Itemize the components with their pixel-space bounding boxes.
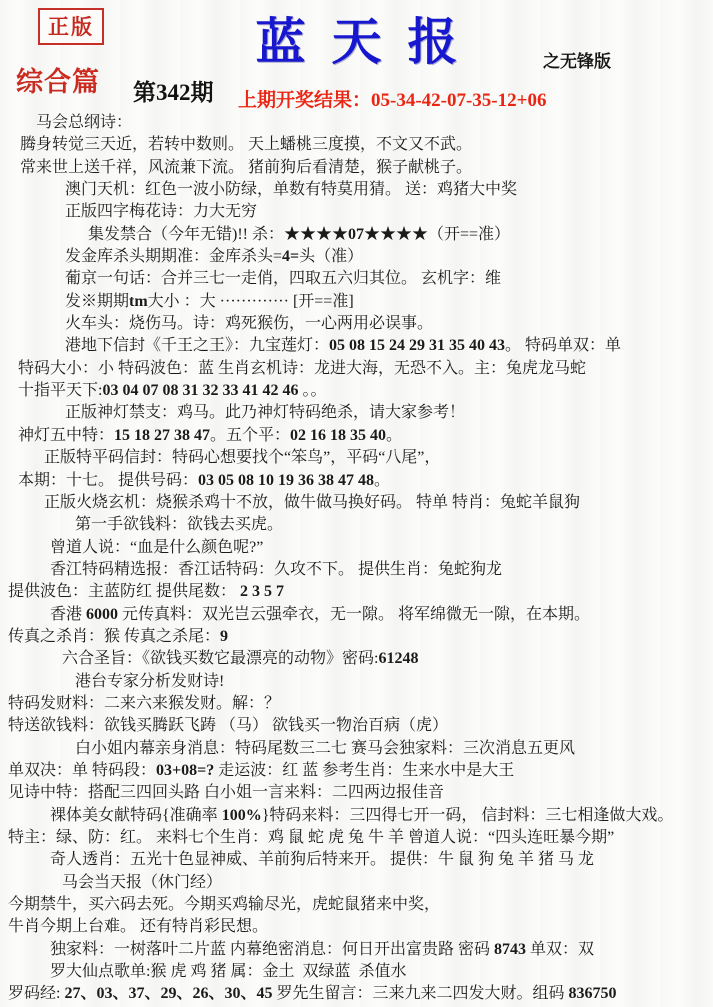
text-line: 马会总纲诗： — [0, 112, 713, 134]
text-line: 港地下信封《千王之王》：九宝莲灯：05 08 15 24 29 31 35 40… — [0, 335, 713, 357]
text-line: 见诗中特：搭配三四回头路 白小姐一言来料：二四两边报佳音 — [0, 782, 713, 804]
edition-label: 之无锋版 — [543, 47, 611, 72]
text-line: 集发禁合（今年无错)!! 杀：★★★★07★★★★（开==准） — [0, 224, 713, 246]
text-line: 特码大小：小 特码波色：蓝 生肖玄机诗：龙进大海，无恐不入。主：兔虎龙马蛇 — [0, 358, 713, 380]
text-line: 曾道人说：“血是什么颜色呢?” — [0, 537, 713, 559]
last-draw-result: 上期开奖结果：05-34-42-07-35-12+06 — [238, 85, 546, 112]
text-line: 正版四字梅花诗：力大无穷 — [0, 201, 713, 223]
text-line: 神灯五中特：15 18 27 38 47。五个平：02 16 18 35 40。 — [0, 425, 713, 447]
text-line: 正版神灯禁支：鸡马。此乃神灯特码绝杀，请大家参考！ — [0, 402, 713, 424]
text-line: 特送欲钱料：欲钱买腾跃飞踌 （马） 欲钱买一物治百病（虎） — [0, 715, 713, 737]
text-line: 独家料：一树落叶二片蓝 内幕绝密消息：何日开出富贵路 密码 8743 单双：双 — [0, 939, 713, 961]
text-line: 传真之杀肖：猴 传真之杀尾：9 — [0, 626, 713, 648]
text-line: 罗大仙点歌单:猴 虎 鸡 猪 属：金土 双绿蓝 杀值水 — [0, 961, 713, 983]
text-line: 葡京一句话：合并三七一走俏，四取五六归其位。 玄机字：维 — [0, 268, 713, 290]
text-line: 火车头：烧伤马。诗：鸡死猴伤，一心两用必误事。 — [0, 313, 713, 335]
text-line: 香港 6000 元传真料：双光岂云强牵衣，无一隙。 将军绵微无一隙，在本期。 — [0, 604, 713, 626]
issue-number: 第342期 — [133, 74, 214, 107]
text-line: 提供波色：主蓝防红 提供尾数： 2 3 5 7 — [0, 581, 713, 603]
newspaper-page: 正版 蓝天报 之无锋版 综合篇 第342期 上期开奖结果：05-34-42-07… — [0, 0, 713, 1007]
text-line: 罗码经: 27、03、37、29、26、30、45 罗先生留言：三来九来二四发大… — [0, 983, 713, 1005]
body-text: 马会总纲诗： 腾身转觉三天近，若转中数则。 天上蟠桃三度摸，不文又不武。 常来世… — [0, 112, 713, 1006]
text-line: 正版火烧玄机：烧猴杀鸡十不放，做牛做马换好码。 特单 特肖：兔蛇羊鼠狗 — [0, 492, 713, 514]
text-line: 特主：绿、防：红。 来料七个生肖：鸡 鼠 蛇 虎 兔 牛 羊 曾道人说：“四头连… — [0, 827, 713, 849]
text-line: 裸体美女献特码{准确率 100%}特码来料：三四得七开一码， 信封料：三七相逢做… — [0, 805, 713, 827]
text-line: 奇人透肖：五光十色显神威、羊前狗后特来开。 提供：牛 鼠 狗 兔 羊 猪 马 龙 — [0, 849, 713, 871]
text-line: 今期禁牛，买六码去死。今期买鸡输尽光，虎蛇鼠猪来中奖， — [0, 894, 713, 916]
text-line: 六合圣旨：《欲钱买数它最漂亮的动物》密码:61248 — [0, 648, 713, 670]
text-line: 发金库杀头期期准：金库杀头=4=头（准） — [0, 246, 713, 268]
text-line: 本期：十七。 提供号码：03 05 08 10 19 36 38 47 48。 — [0, 470, 713, 492]
text-line: 腾身转觉三天近，若转中数则。 天上蟠桃三度摸，不文又不武。 — [0, 134, 713, 156]
text-line: 马会当天报（休门经） — [0, 872, 713, 894]
text-line: 十指平天下:03 04 07 08 31 32 33 41 42 46 。。 — [0, 380, 713, 402]
text-line: 常来世上送千祥，风流兼下流。 猪前狗后看清楚，猴子献桃子。 — [0, 157, 713, 179]
text-line: 白小姐内幕亲身消息：特码尾数三二七 赛马会独家料：三次消息五更风 — [0, 738, 713, 760]
text-line: 牛肖今期上台难。 还有特肖彩民想。 — [0, 916, 713, 938]
text-line: 特码发财料：二来六来猴发财。解：？ — [0, 693, 713, 715]
text-line: 澳门天机：红色一波小防绿，单数有特莫用猜。 送：鸡猪大中奖 — [0, 179, 713, 201]
text-line: 单双决：单 特码段：03+08=? 走运波：红 蓝 参考生肖：生来水中是大王 — [0, 760, 713, 782]
text-line: 正版特平码信封：特码心想要找个“笨鸟”，平码“八尾”， — [0, 447, 713, 469]
text-line: 发※期期tm大小 ：大 ············· [开==准] — [0, 291, 713, 313]
text-line: 第一手欲钱料：欲钱去买虎。 — [0, 514, 713, 536]
text-line: 港台专家分析发财诗! — [0, 671, 713, 693]
section-label: 综合篇 — [16, 60, 100, 99]
text-line: 香江特码精选报：香江话特码：久攻不下。 提供生肖：兔蛇狗龙 — [0, 559, 713, 581]
